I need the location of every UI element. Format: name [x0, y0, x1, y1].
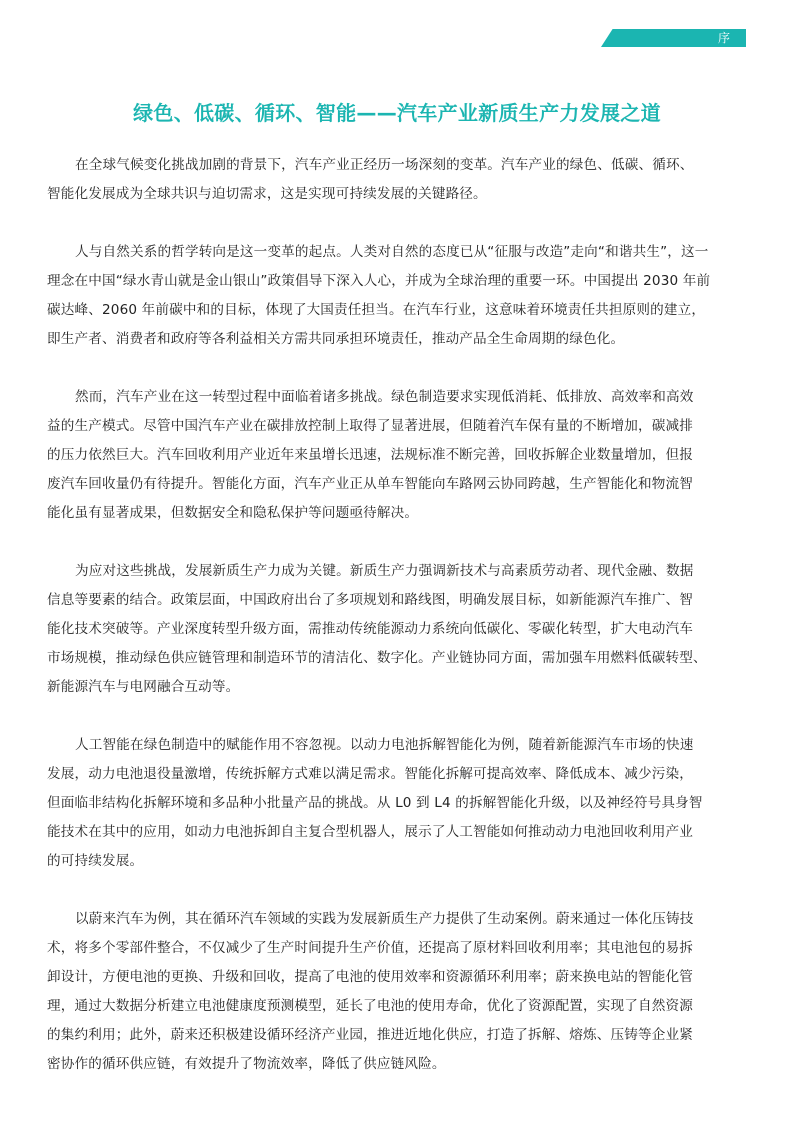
text-line: 智能化发展成为全球共识与迫切需求，这是实现可持续发展的关键路径。: [47, 180, 747, 209]
text-line: 能化虽有显著成果，但数据安全和隐私保护等问题亟待解决。: [47, 499, 747, 528]
text-line: 以蔚来汽车为例，其在循环汽车领域的实践为发展新质生产力提供了生动案例。蔚来通过一…: [47, 905, 747, 934]
text-line: 人工智能在绿色制造中的赋能作用不容忽视。以动力电池拆解智能化为例，随着新能源汽车…: [47, 731, 747, 760]
text-line: 的压力依然巨大。汽车回收利用产业近年来虽增长迅速，法规标准不断完善，回收拆解企业…: [47, 441, 747, 470]
section-label: 序: [718, 29, 730, 47]
text-line: 新能源汽车与电网融合互动等。: [47, 673, 747, 702]
text-line: 发展，动力电池退役量激增，传统拆解方式难以满足需求。智能化拆解可提高效率、降低成…: [47, 760, 747, 789]
paragraph: 然而，汽车产业在这一转型过程中面临着诸多挑战。绿色制造要求实现低消耗、低排放、高…: [47, 383, 747, 528]
paragraph: 为应对这些挑战，发展新质生产力成为关键。新质生产力强调新技术与高素质劳动者、现代…: [47, 557, 747, 702]
paragraph: 以蔚来汽车为例，其在循环汽车领域的实践为发展新质生产力提供了生动案例。蔚来通过一…: [47, 905, 747, 1079]
text-line: 人与自然关系的哲学转向是这一变革的起点。人类对自然的态度已从“征服与改造”走向“…: [47, 238, 747, 267]
text-line: 在全球气候变化挑战加剧的背景下，汽车产业正经历一场深刻的变革。汽车产业的绿色、低…: [47, 151, 747, 180]
text-line: 的可持续发展。: [47, 847, 747, 876]
text-line: 卸设计，方便电池的更换、升级和回收，提高了电池的使用效率和资源循环利用率；蔚来换…: [47, 963, 747, 992]
text-line: 信息等要素的结合。政策层面，中国政府出台了多项规划和路线图，明确发展目标，如新能…: [47, 586, 747, 615]
text-line: 能技术在其中的应用，如动力电池拆卸自主复合型机器人，展示了人工智能如何推动动力电…: [47, 818, 747, 847]
paragraph: 人工智能在绿色制造中的赋能作用不容忽视。以动力电池拆解智能化为例，随着新能源汽车…: [47, 731, 747, 876]
text-line: 密协作的循环供应链，有效提升了物流效率，降低了供应链风险。: [47, 1050, 747, 1079]
text-line: 但面临非结构化拆解环境和多品种小批量产品的挑战。从 L0 到 L4 的拆解智能化…: [47, 789, 747, 818]
text-line: 然而，汽车产业在这一转型过程中面临着诸多挑战。绿色制造要求实现低消耗、低排放、高…: [47, 383, 747, 412]
text-line: 市场规模，推动绿色供应链管理和制造环节的清洁化、数字化。产业链协同方面，需加强车…: [47, 644, 747, 673]
paragraph: 人与自然关系的哲学转向是这一变革的起点。人类对自然的态度已从“征服与改造”走向“…: [47, 238, 747, 354]
text-line: 废汽车回收量仍有待提升。智能化方面，汽车产业正从单车智能向车路网云协同跨越，生产…: [47, 470, 747, 499]
page-title: 绿色、低碳、循环、智能——汽车产业新质生产力发展之道: [0, 97, 794, 126]
text-line: 能化技术突破等。产业深度转型升级方面，需推动传统能源动力系统向低碳化、零碳化转型…: [47, 615, 747, 644]
text-line: 碳达峰、2060 年前碳中和的目标，体现了大国责任担当。在汽车行业，这意味着环境…: [47, 296, 747, 325]
text-line: 术，将多个零部件整合，不仅减少了生产时间提升生产价值，还提高了原材料回收利用率；…: [47, 934, 747, 963]
text-line: 为应对这些挑战，发展新质生产力成为关键。新质生产力强调新技术与高素质劳动者、现代…: [47, 557, 747, 586]
paragraph: 在全球气候变化挑战加剧的背景下，汽车产业正经历一场深刻的变革。汽车产业的绿色、低…: [47, 151, 747, 209]
text-line: 的集约利用；此外，蔚来还积极建设循环经济产业园，推进近地化供应，打造了拆解、熔炼…: [47, 1021, 747, 1050]
text-line: 理念在中国“绿水青山就是金山银山”政策倡导下深入人心，并成为全球治理的重要一环。…: [47, 267, 747, 296]
text-line: 益的生产模式。尽管中国汽车产业在碳排放控制上取得了显著进展，但随着汽车保有量的不…: [47, 412, 747, 441]
section-banner: 序: [601, 29, 746, 47]
text-line: 理，通过大数据分析建立电池健康度预测模型，延长了电池的使用寿命，优化了资源配置，…: [47, 992, 747, 1021]
text-line: 即生产者、消费者和政府等各利益相关方需共同承担环境责任，推动产品全生命周期的绿色…: [47, 325, 747, 354]
article-body: 在全球气候变化挑战加剧的背景下，汽车产业正经历一场深刻的变革。汽车产业的绿色、低…: [47, 151, 747, 1108]
